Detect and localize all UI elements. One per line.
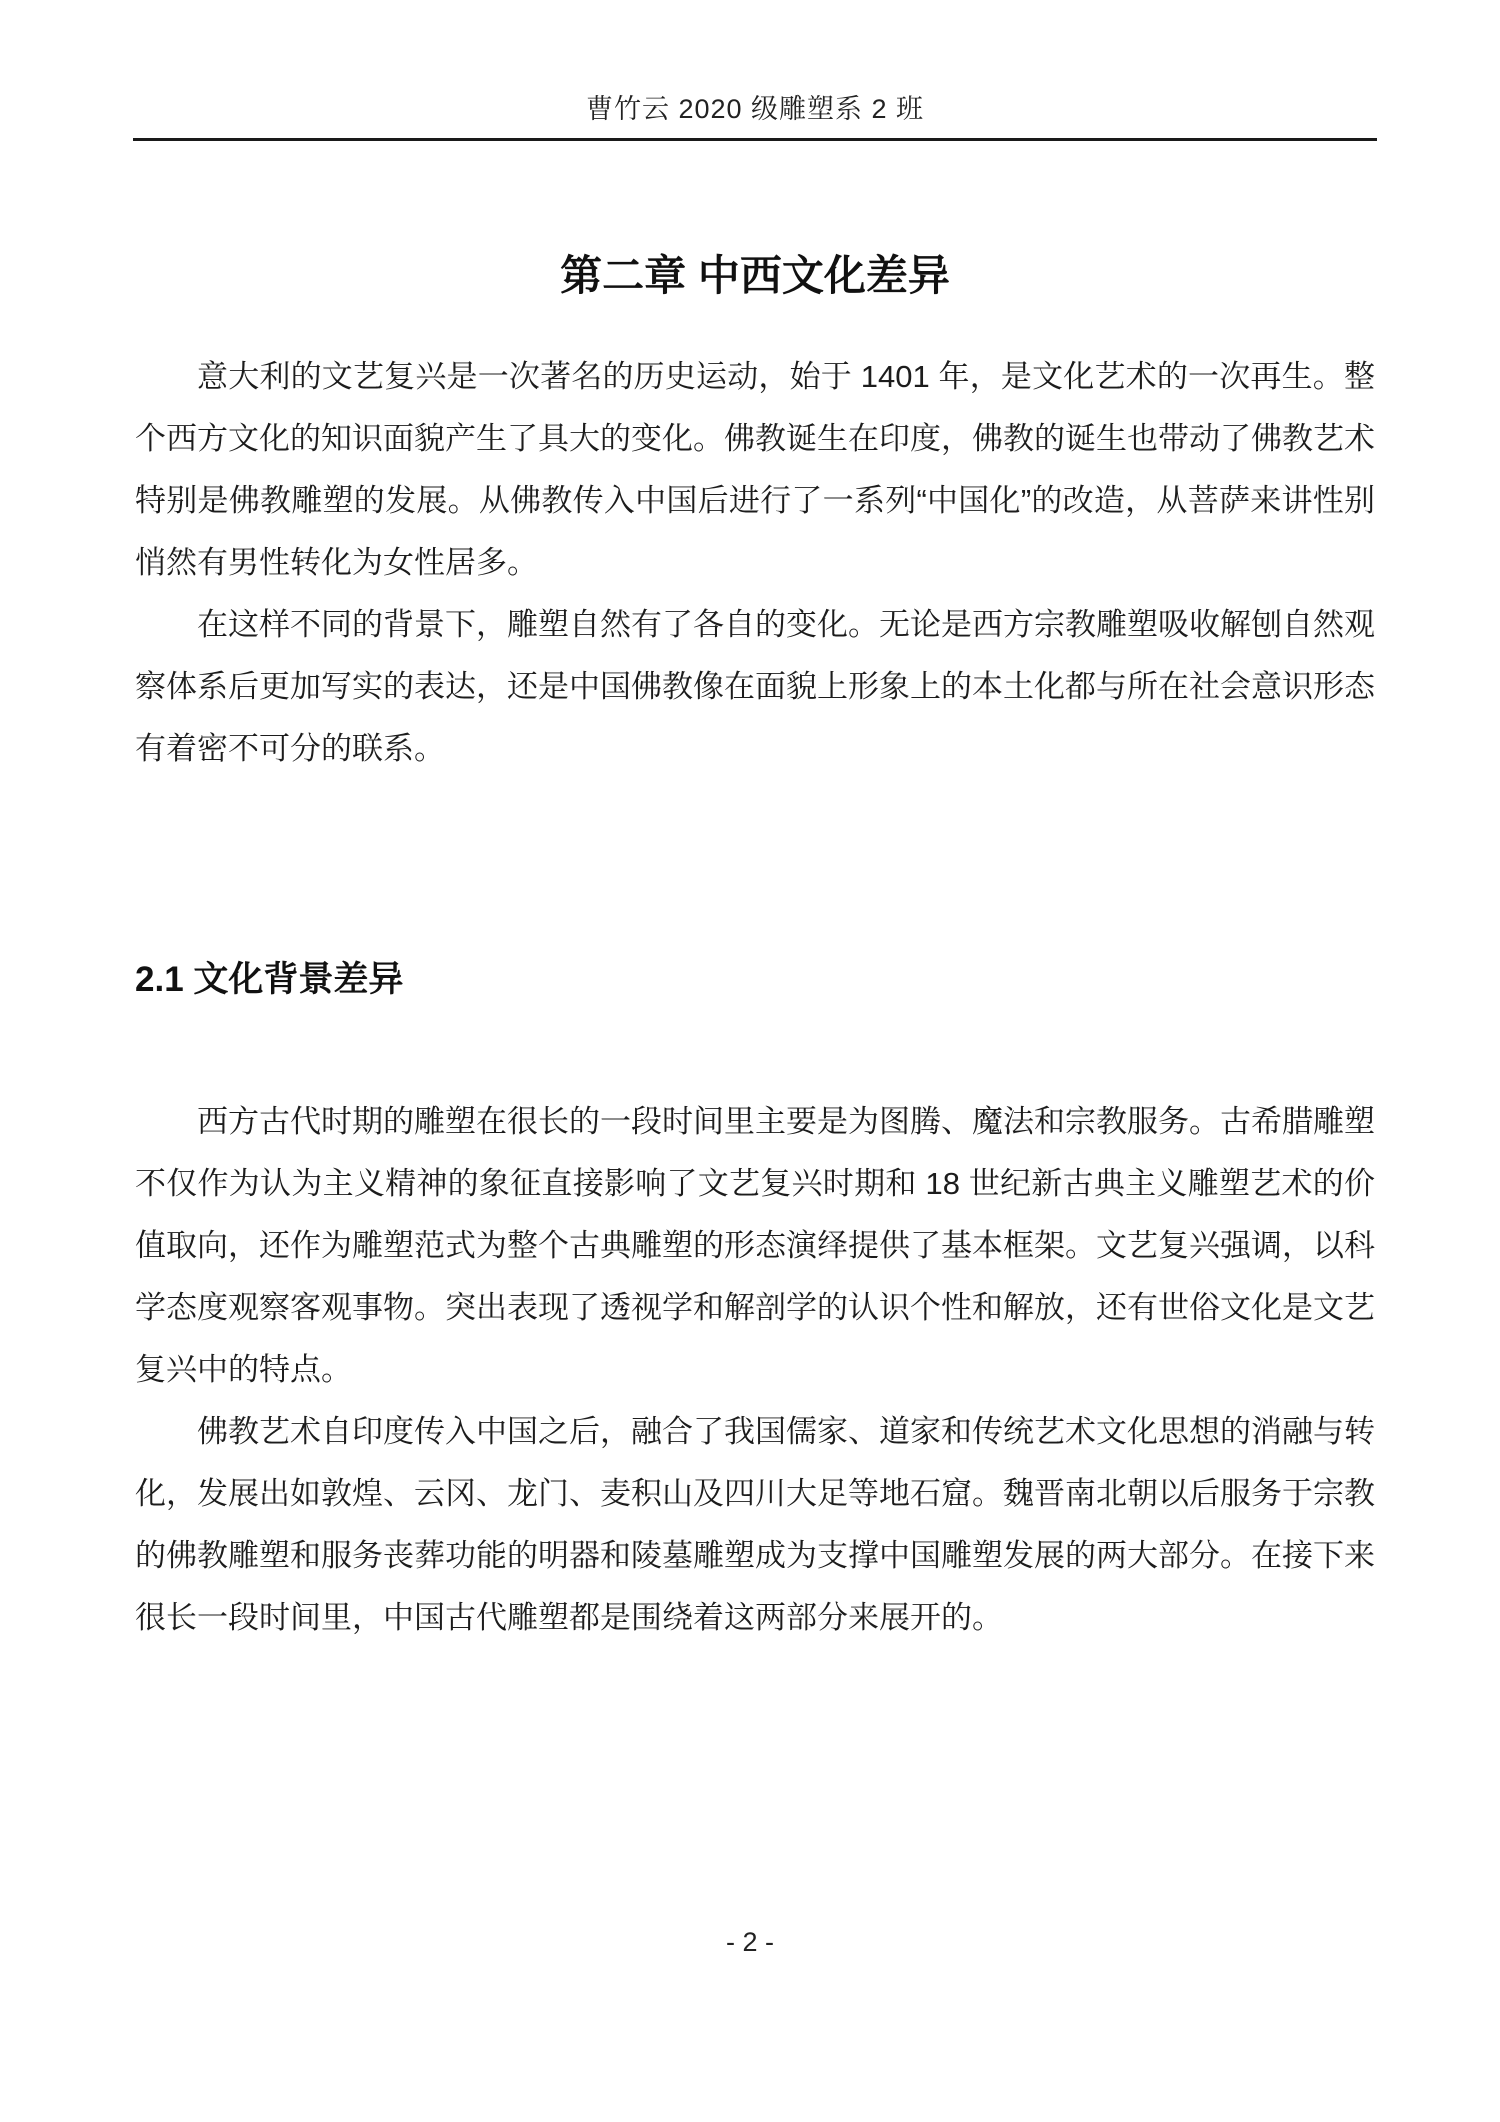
section-paragraph-2: 佛教艺术自印度传入中国之后，融合了我国儒家、道家和传统艺术文化思想的消融与转化，… [135, 1401, 1375, 1649]
section-paragraph-1: 西方古代时期的雕塑在很长的一段时间里主要是为图腾、魔法和宗教服务。古希腊雕塑不仅… [135, 1091, 1375, 1401]
page-number: - 2 - [726, 1927, 774, 1957]
page-footer: - 2 - [0, 1927, 1500, 1958]
chapter-title: 第二章 中西文化差异 [135, 251, 1375, 301]
intro-paragraph-2: 在这样不同的背景下，雕塑自然有了各自的变化。无论是西方宗教雕塑吸收解刨自然观察体… [135, 594, 1375, 780]
section-heading-2-1: 2.1 文化背景差异 [135, 959, 1375, 1001]
document-page: 曹竹云 2020 级雕塑系 2 班 第二章 中西文化差异 意大利的文艺复兴是一次… [0, 0, 1500, 2122]
intro-paragraph-1: 意大利的文艺复兴是一次著名的历史运动，始于 1401 年，是文化艺术的一次再生。… [135, 346, 1375, 594]
header-author-class-text: 曹竹云 2020 级雕塑系 2 班 [586, 87, 924, 126]
document-content: 第二章 中西文化差异 意大利的文艺复兴是一次著名的历史运动，始于 1401 年，… [135, 144, 1375, 1649]
page-header: 曹竹云 2020 级雕塑系 2 班 [133, 0, 1377, 141]
